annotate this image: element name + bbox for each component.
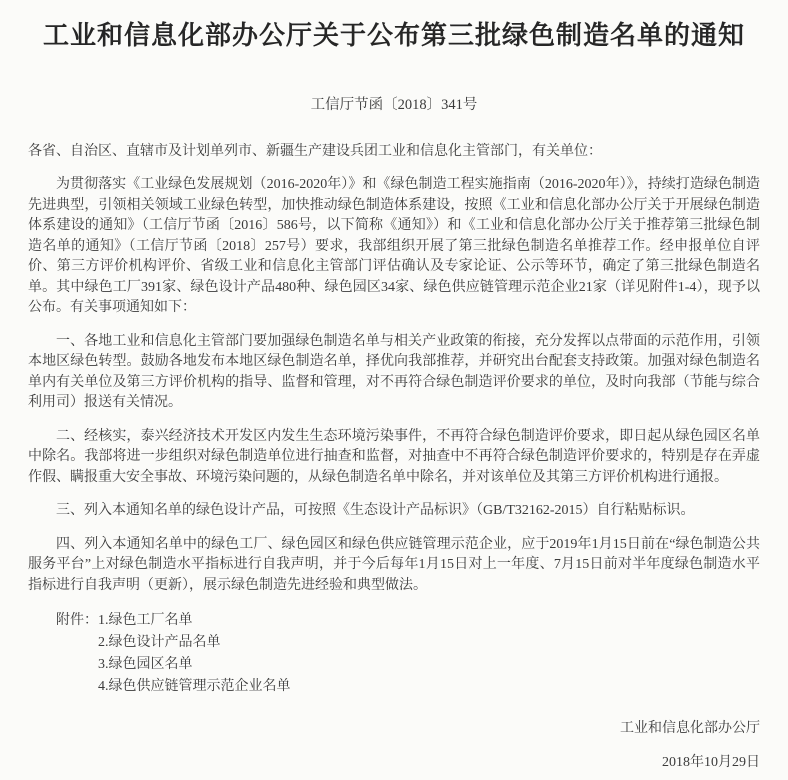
document-page: 工业和信息化部办公厅关于公布第三批绿色制造名单的通知 工信厅节函〔2018〕34…	[0, 0, 788, 780]
paragraph-item-1: 一、各地工业和信息化主管部门要加强绿色制造名单与相关产业政策的衔接，充分发挥以点…	[28, 332, 760, 414]
attachments-block: 附件： 1.绿色工厂名单 2.绿色设计产品名单 3.绿色园区名单 4.绿色供应链…	[28, 610, 760, 698]
paragraph-item-4: 四、列入本通知名单中的绿色工厂、绿色园区和绿色供应链管理示范企业，应于2019年…	[28, 535, 760, 597]
issue-date: 2018年10月29日	[28, 752, 760, 773]
attachment-item-3: 3.绿色园区名单	[98, 654, 291, 676]
paragraph-intro: 为贯彻落实《工业绿色发展规划（2016-2020年）》和《绿色制造工程实施指南（…	[28, 175, 760, 319]
document-number: 工信厅节函〔2018〕341号	[28, 95, 760, 116]
attachment-item-1: 1.绿色工厂名单	[98, 610, 291, 632]
attachment-item-2: 2.绿色设计产品名单	[98, 632, 291, 654]
issuing-office-signature: 工业和信息化部办公厅	[28, 718, 760, 739]
attachments-label: 附件：	[56, 610, 98, 632]
paragraph-item-3: 三、列入本通知名单的绿色设计产品，可按照《生态设计产品标识》（GB/T32162…	[28, 501, 760, 522]
attachments-list: 1.绿色工厂名单 2.绿色设计产品名单 3.绿色园区名单 4.绿色供应链管理示范…	[98, 610, 291, 698]
addressee-line: 各省、自治区、直辖市及计划单列市、新疆生产建设兵团工业和信息化主管部门，有关单位…	[28, 141, 760, 162]
attachment-item-4: 4.绿色供应链管理示范企业名单	[98, 676, 291, 698]
paragraph-item-2: 二、经核实，泰兴经济技术开发区内发生生态环境污染事件，不再符合绿色制造评价要求，…	[28, 427, 760, 489]
document-title: 工业和信息化部办公厅关于公布第三批绿色制造名单的通知	[28, 20, 760, 51]
